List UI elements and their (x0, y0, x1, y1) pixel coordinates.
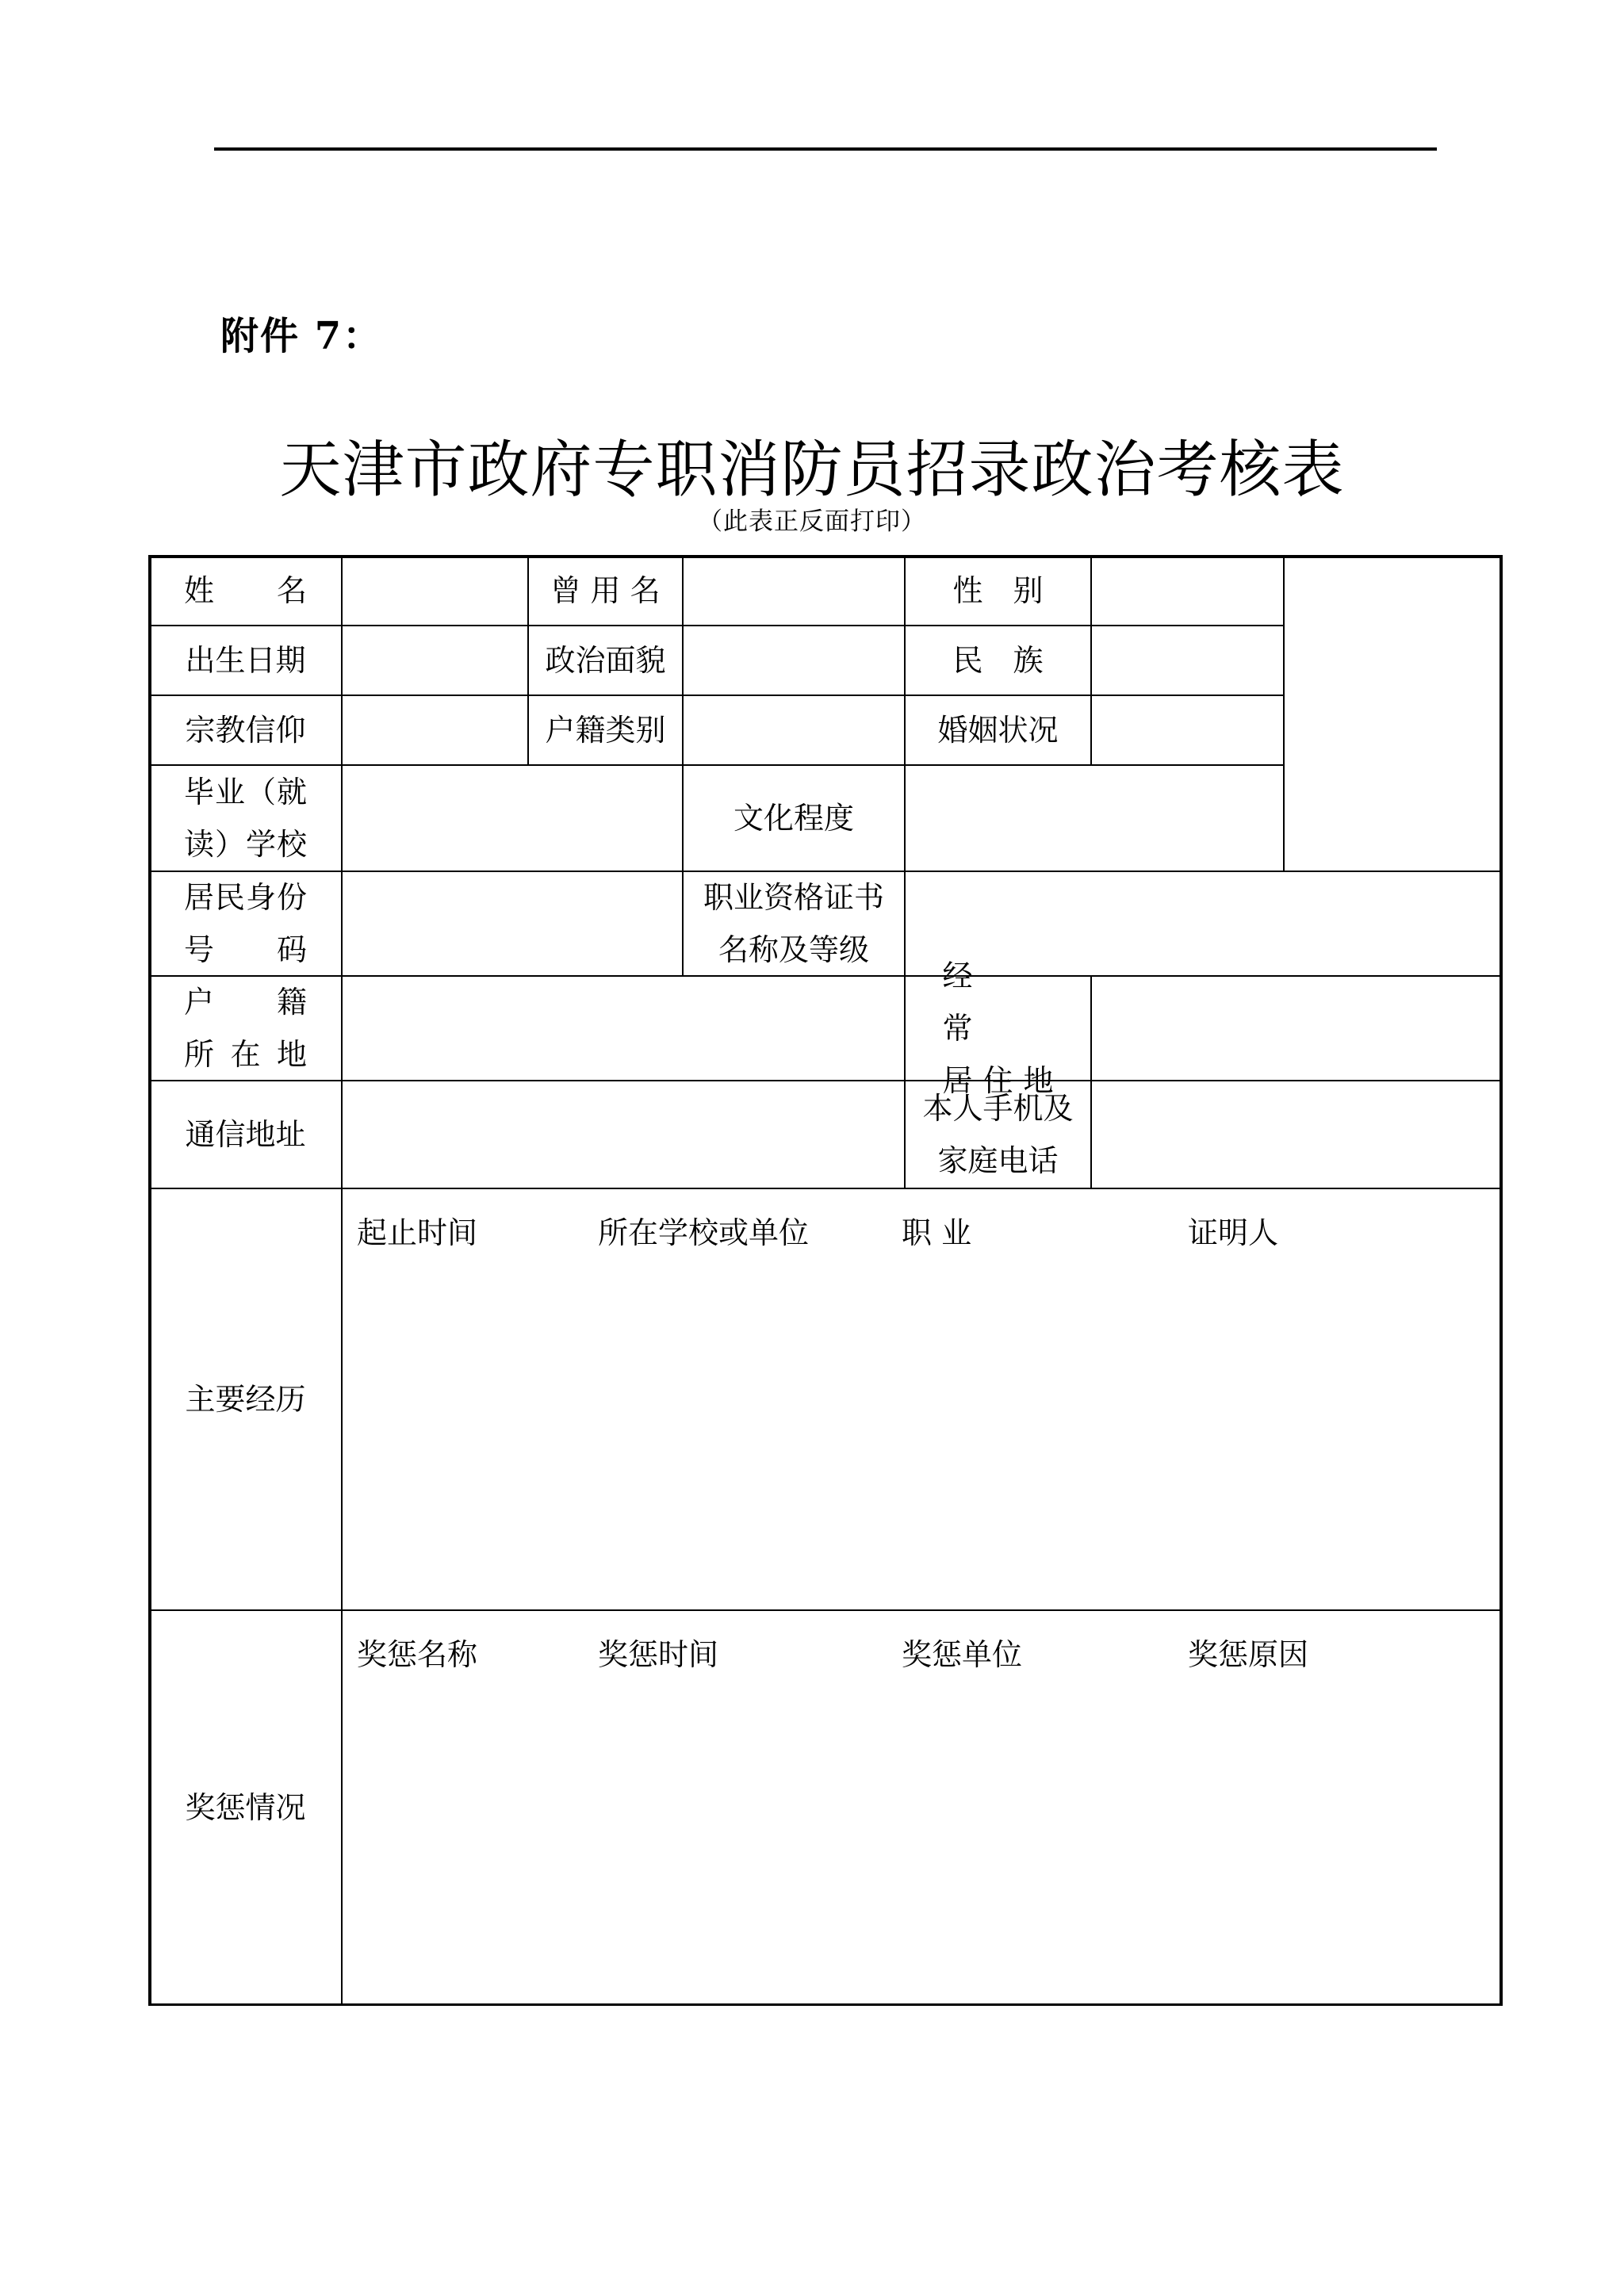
political-status-label-cell: 政治面貌 (527, 625, 684, 696)
gender-label-cell: 性 别 (904, 555, 1092, 626)
former-name-label-cell: 曾 用 名 (527, 555, 684, 626)
phone-label-cell: 本人手机及 家庭电话 (904, 1080, 1092, 1189)
former-name-label: 曾 用 名 (550, 564, 660, 617)
cert-label-line1: 职业资格证书 (703, 871, 884, 924)
household-type-label-cell: 户籍类别 (527, 695, 684, 766)
cert-label-line2: 名称及等级 (718, 924, 869, 976)
education-field[interactable] (904, 764, 1285, 872)
school-label-cell: 毕业（就 读）学校 (148, 764, 343, 872)
address-label: 通信地址 (185, 1108, 305, 1161)
birth-date-label-cell: 出生日期 (148, 625, 343, 696)
school-label-line2: 读）学校 (184, 818, 307, 871)
phone-field[interactable] (1090, 1080, 1503, 1189)
page-title: 天津市政府专职消防员招录政治考核表 (0, 420, 1624, 509)
awards-col-date: 奖惩时间 (598, 1628, 718, 1681)
ethnicity-label: 民 族 (952, 634, 1043, 687)
id-label-cell: 居民身份 号 码 (148, 871, 343, 977)
hukou-label-line1: 户 籍 (184, 976, 307, 1028)
hukou-label-cell: 户 籍 所 在 地 (148, 975, 343, 1081)
birth-date-label: 出生日期 (185, 634, 305, 687)
political-status-field[interactable] (682, 625, 906, 696)
experience-col-occupation: 职 业 (902, 1207, 971, 1259)
name-label-cell: 姓 名 (148, 555, 343, 626)
residence-label-cell: 经 常 居 住 地 (904, 975, 1092, 1081)
experience-area[interactable]: 起止时间 所在学校或单位 职 业 证明人 (341, 1188, 1503, 1611)
political-review-form: 姓 名 曾 用 名 性 别 出生日期 政治面貌 民 族 宗教信仰 户籍类别 婚姻… (148, 555, 1503, 2006)
awards-area[interactable]: 奖惩名称 奖惩时间 奖惩单位 奖惩原因 (341, 1609, 1503, 2006)
hukou-field[interactable] (341, 975, 906, 1081)
name-field[interactable] (341, 555, 529, 626)
header-rule (214, 147, 1437, 151)
experience-col-organization: 所在学校或单位 (598, 1207, 809, 1259)
id-label-line2: 号 码 (184, 924, 307, 976)
marital-status-label: 婚姻状况 (937, 704, 1058, 756)
school-field[interactable] (341, 764, 684, 872)
birth-date-field[interactable] (341, 625, 529, 696)
household-type-field[interactable] (682, 695, 906, 766)
id-label-line1: 居民身份 (184, 871, 307, 924)
education-label-cell: 文化程度 (682, 764, 906, 872)
residence-label-line1: 经 常 (943, 950, 1054, 1054)
cert-label-cell: 职业资格证书 名称及等级 (682, 871, 906, 977)
religion-label: 宗教信仰 (185, 704, 305, 756)
ethnicity-field[interactable] (1090, 625, 1285, 696)
awards-col-issuer: 奖惩单位 (902, 1628, 1022, 1681)
religion-field[interactable] (341, 695, 529, 766)
gender-field[interactable] (1090, 555, 1285, 626)
experience-label-cell: 主要经历 (148, 1188, 343, 1611)
gender-label: 性 别 (952, 564, 1043, 617)
address-field[interactable] (341, 1080, 906, 1189)
former-name-field[interactable] (682, 555, 906, 626)
residence-field[interactable] (1090, 975, 1503, 1081)
name-label: 姓 名 (184, 564, 307, 617)
hukou-label-line2: 所 在 地 (184, 1028, 307, 1081)
experience-col-period: 起止时间 (357, 1207, 477, 1259)
annex-label: 附件 7： (220, 305, 382, 360)
awards-label-cell: 奖惩情况 (148, 1609, 343, 2006)
ethnicity-label-cell: 民 族 (904, 625, 1092, 696)
address-label-cell: 通信地址 (148, 1080, 343, 1189)
awards-label: 奖惩情况 (185, 1781, 305, 1834)
awards-col-reason: 奖惩原因 (1188, 1628, 1308, 1681)
awards-col-name: 奖惩名称 (357, 1628, 477, 1681)
political-status-label: 政治面貌 (545, 634, 665, 687)
photo-area[interactable] (1283, 555, 1503, 872)
experience-col-reference: 证明人 (1188, 1207, 1278, 1259)
religion-label-cell: 宗教信仰 (148, 695, 343, 766)
marital-status-field[interactable] (1090, 695, 1285, 766)
experience-label: 主要经历 (185, 1373, 305, 1425)
school-label-line1: 毕业（就 (184, 766, 307, 818)
education-label: 文化程度 (733, 792, 854, 844)
phone-label-line1: 本人手机及 (922, 1082, 1073, 1135)
marital-status-label-cell: 婚姻状况 (904, 695, 1092, 766)
household-type-label: 户籍类别 (545, 704, 665, 756)
page-subtitle: （此表正反面打印） (0, 501, 1624, 537)
phone-label-line2: 家庭电话 (937, 1135, 1058, 1187)
id-number-field[interactable] (341, 871, 684, 977)
